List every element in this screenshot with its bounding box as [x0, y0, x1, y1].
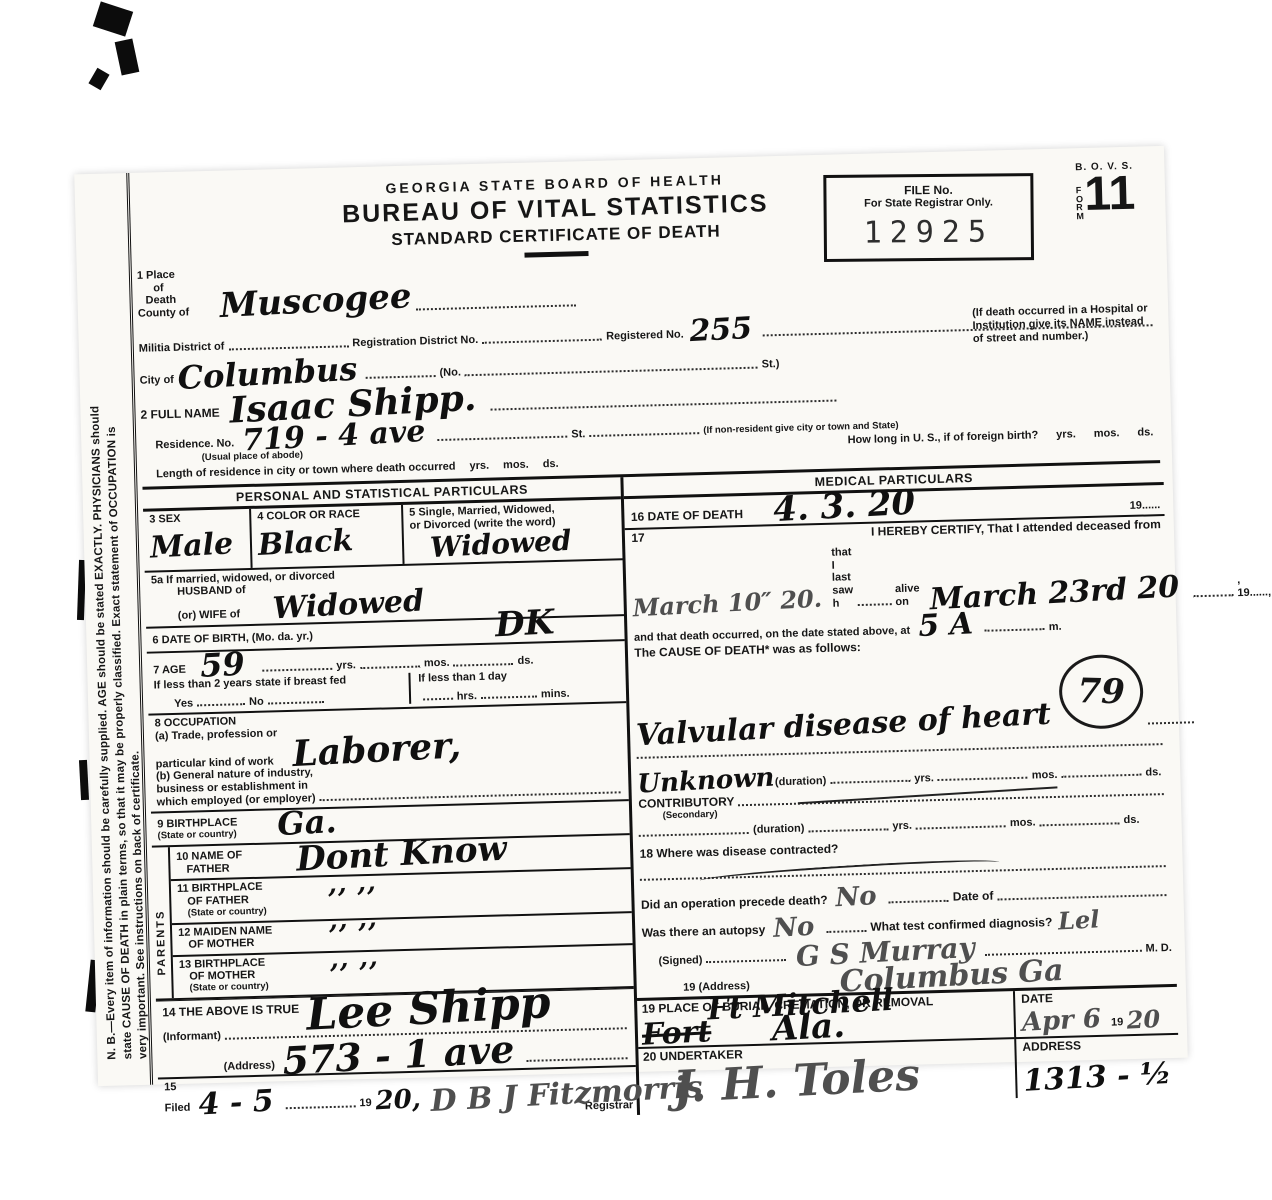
signed-label: (Signed) [658, 954, 702, 968]
sex-label: 3 SEX [149, 511, 245, 526]
informant-signature: Lee Shipp [306, 988, 552, 1032]
form-word: FORM [1076, 186, 1084, 220]
registered-label: Registered No. [606, 328, 684, 343]
last-seen-date-value: March 23rd 20 [929, 577, 1179, 611]
mins-label: mins. [541, 687, 570, 700]
mother-name-label: 12 MAIDEN NAME OF MOTHER [178, 923, 329, 952]
date-of-death-label: 16 DATE OF DEATH [631, 508, 744, 525]
disease-contracted-label: 18 Where was disease contracted? [640, 834, 1170, 862]
parents-group: PARENTS 10 NAME OF FATHER Dont Know [152, 835, 634, 1001]
informant-address-label: (Address) [223, 1059, 275, 1073]
operation-value: No [835, 887, 877, 907]
mos-label: mos. [503, 458, 529, 471]
autopsy-label: Was there an autopsy [642, 924, 766, 941]
file-number-box: FILE No. For State Registrar Only. 12925 [823, 173, 1034, 262]
burial-date-19: 19 [1111, 1016, 1124, 1029]
residence-value: 719 - 4 ave [242, 421, 426, 452]
mos-label: mos. [424, 657, 450, 670]
registration-label: Registration District No. [352, 334, 478, 350]
occupation-value: Laborer, [292, 733, 462, 767]
dob-value: DK [495, 611, 555, 638]
color-race-label: 4 COLOR OR RACE [257, 508, 397, 524]
registered-value: 255 [689, 317, 753, 341]
mother-birthplace-value: ʼʼ ʼʼ [329, 964, 379, 986]
parents-label: PARENTS [155, 909, 169, 975]
certificate-paper: N. B.—Every item of information should b… [74, 146, 1187, 1086]
hrs-label: hrs. [457, 690, 478, 703]
md-label: M. D. [1145, 942, 1172, 955]
yes-label: Yes [174, 697, 193, 710]
yrs-label: yrs. [892, 820, 912, 833]
county-value: Muscogee [219, 285, 412, 319]
militia-label: Militia District of [139, 340, 225, 355]
full-name-label: 2 FULL NAME [140, 407, 219, 423]
last-saw-label: that I last saw h [831, 546, 853, 610]
medical-section: MEDICAL PARTICULARS 16 DATE OF DEATH 4. … [624, 463, 1180, 1114]
street-label: St.) [762, 358, 780, 371]
form-tag: B. O. V. S. FORM 11 [1075, 161, 1136, 221]
scan-artifact [93, 1, 133, 36]
undertaker-signature: J. H. Toles [673, 1060, 921, 1104]
yrs-label: yrs. [914, 772, 934, 785]
occurred-m-label: m. [1049, 620, 1062, 633]
cause-of-death-value: Valvular disease of heart [636, 704, 1052, 747]
autopsy-value: No [773, 917, 815, 937]
age-value: 59 [199, 652, 245, 677]
mother-name-value: ʼʼ ʼʼ [328, 924, 378, 946]
undertaker-address-label: ADDRESS [1022, 1037, 1172, 1055]
burial-date-year: 20 [1127, 1010, 1161, 1029]
date-of-label: Date of [953, 889, 994, 904]
marital-value: Widowed [430, 530, 572, 557]
dod-19: 19...... [1130, 499, 1161, 512]
ds-label: ds. [1137, 426, 1153, 439]
header-dash [524, 251, 588, 258]
birthplace-label: 9 BIRTHPLACE (State or country) [157, 816, 238, 842]
age-label: 7 AGE [153, 664, 186, 677]
color-race-value: Black [257, 530, 353, 556]
above-true-label: 14 THE ABOVE IS TRUE [162, 1002, 299, 1020]
mos-label: mos. [1032, 768, 1058, 781]
informant-address-value: 573 - 1 ave [282, 1036, 515, 1075]
undertaker-address-value: 1313 - ½ [1023, 1063, 1172, 1092]
burial-place-struck: Fort [642, 1021, 712, 1046]
file-box-subtitle: For State Registrar Only. [830, 196, 1026, 210]
duration2-label: (duration) [753, 822, 805, 836]
yrs-label: yrs. [469, 459, 489, 472]
certificate-header: GEORGIA STATE BOARD OF HEALTH BUREAU OF … [174, 160, 936, 267]
burial-date-value: Apr 6 [1021, 1010, 1101, 1032]
death-hour-value: 5 A [918, 614, 974, 638]
file-number-stamp: 12925 [831, 214, 1027, 251]
alive-19: , 19......, [1237, 573, 1271, 599]
contributory-label: CONTRIBUTORY [638, 796, 734, 812]
mos-label: mos. [1094, 427, 1120, 440]
operation-label: Did an operation precede death? [641, 894, 828, 913]
ds-label: ds. [543, 458, 559, 471]
no-label: No [249, 695, 264, 708]
birthplace-value: Ga. [277, 810, 337, 835]
scan-artifact [79, 760, 89, 800]
form-number: 11 [1084, 172, 1136, 220]
place-of-death-label: 1 Place of Death County of [137, 268, 216, 321]
duration-value: Unknown [637, 769, 775, 794]
ds-label: ds. [517, 655, 533, 668]
informant-label: (Informant) [163, 1030, 221, 1044]
burial-place-line2: Ala. [771, 1015, 845, 1043]
residence-label: Residence. No. [155, 437, 234, 452]
mos-label: mos. [1010, 816, 1036, 829]
certify-number: 17 [631, 532, 645, 546]
scan-artifact [115, 39, 140, 76]
residence-st-label: St. [571, 428, 585, 441]
duration-label: (duration) [775, 775, 827, 789]
ds-label: ds. [1123, 814, 1139, 827]
filed-label: Filed [165, 1102, 191, 1115]
father-name-value: Dont Know [296, 837, 508, 872]
test-value: Lel [1058, 911, 1100, 930]
filed-19: 19 [359, 1097, 372, 1110]
alive-on-label: alive on [895, 582, 920, 608]
date-of-death-value: 4. 3. 20 [772, 492, 915, 523]
father-name-label: 10 NAME OF FATHER [176, 848, 297, 876]
ds-label: ds. [1145, 766, 1161, 779]
husband-wife-value: Widowed [273, 590, 425, 619]
dob-label: 6 DATE OF BIRTH, (Mo. da. yr.) [152, 630, 313, 646]
filed-year-value: 20, [375, 1090, 421, 1111]
yrs-label: yrs. [336, 660, 356, 673]
yrs-label: yrs. [1056, 428, 1076, 441]
hospital-note: (If death occurred in a Hospital or Inst… [972, 302, 1151, 346]
personal-section: PERSONAL AND STATISTICAL PARTICULARS 3 S… [143, 478, 641, 1127]
scan-artifact [88, 68, 109, 91]
father-birthplace-value: ʼʼ ʼʼ [327, 888, 377, 910]
father-birthplace-label: 11 BIRTHPLACE OF FATHER (State or countr… [177, 879, 328, 919]
sex-value: Male [150, 533, 234, 558]
attended-from-value: March 10″ 20. [633, 591, 823, 618]
filed-date-value: 4 - 5 [198, 1090, 274, 1115]
less-one-day-label: If less than 1 day [418, 667, 622, 685]
city-label: City of [140, 374, 175, 388]
cause-code-circle: 79 [1058, 654, 1144, 730]
